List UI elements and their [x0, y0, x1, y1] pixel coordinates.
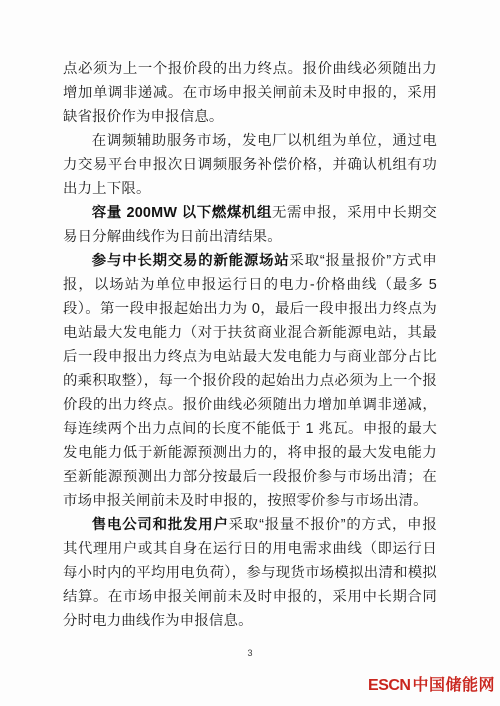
escn-watermark-logo: ESCN中国储能网	[368, 677, 495, 695]
page-number: 3	[0, 648, 500, 658]
paragraph: 在调频辅助服务市场，发电厂以机组为单位，通过电力交易平台申报次日调频服务补偿价格…	[63, 129, 437, 201]
paragraph: 售电公司和批发用户采取“报量不报价”的方式，申报其代理用户或其自身在运行日的用电…	[63, 513, 437, 633]
escn-logo-chinese: 中国储能网	[412, 677, 495, 694]
paragraph-lead: 容量 200MW 以下燃煤机组	[92, 205, 272, 221]
document-body: 点必须为上一个报价段的出力终点。报价曲线必须随出力增加单调非递减。在市场申报关闸…	[63, 57, 437, 633]
paragraph-text: 采取“报量报价”方式申报，以场站为单位申报运行日的电力-价格曲线（最多 5 段）…	[63, 253, 437, 509]
paragraph: 点必须为上一个报价段的出力终点。报价曲线必须随出力增加单调非递减。在市场申报关闸…	[63, 57, 437, 129]
paragraph: 容量 200MW 以下燃煤机组无需申报，采用中长期交易日分解曲线作为日前出清结果…	[63, 201, 437, 249]
paragraph-text: 在调频辅助服务市场，发电厂以机组为单位，通过电力交易平台申报次日调频服务补偿价格…	[63, 133, 437, 197]
escn-logo-latin: ESCN	[368, 677, 410, 694]
paragraph-lead: 参与中长期交易的新能源场站	[92, 253, 290, 269]
paragraph-text: 点必须为上一个报价段的出力终点。报价曲线必须随出力增加单调非递减。在市场申报关闸…	[63, 61, 437, 125]
paragraph: 参与中长期交易的新能源场站采取“报量报价”方式申报，以场站为单位申报运行日的电力…	[63, 249, 437, 513]
paragraph-lead: 售电公司和批发用户	[92, 517, 229, 533]
paragraph-text: 采取“报量不报价”的方式，申报其代理用户或其自身在运行日的用电需求曲线（即运行日…	[63, 517, 437, 629]
document-page: 点必须为上一个报价段的出力终点。报价曲线必须随出力增加单调非递减。在市场申报关闸…	[0, 0, 500, 706]
